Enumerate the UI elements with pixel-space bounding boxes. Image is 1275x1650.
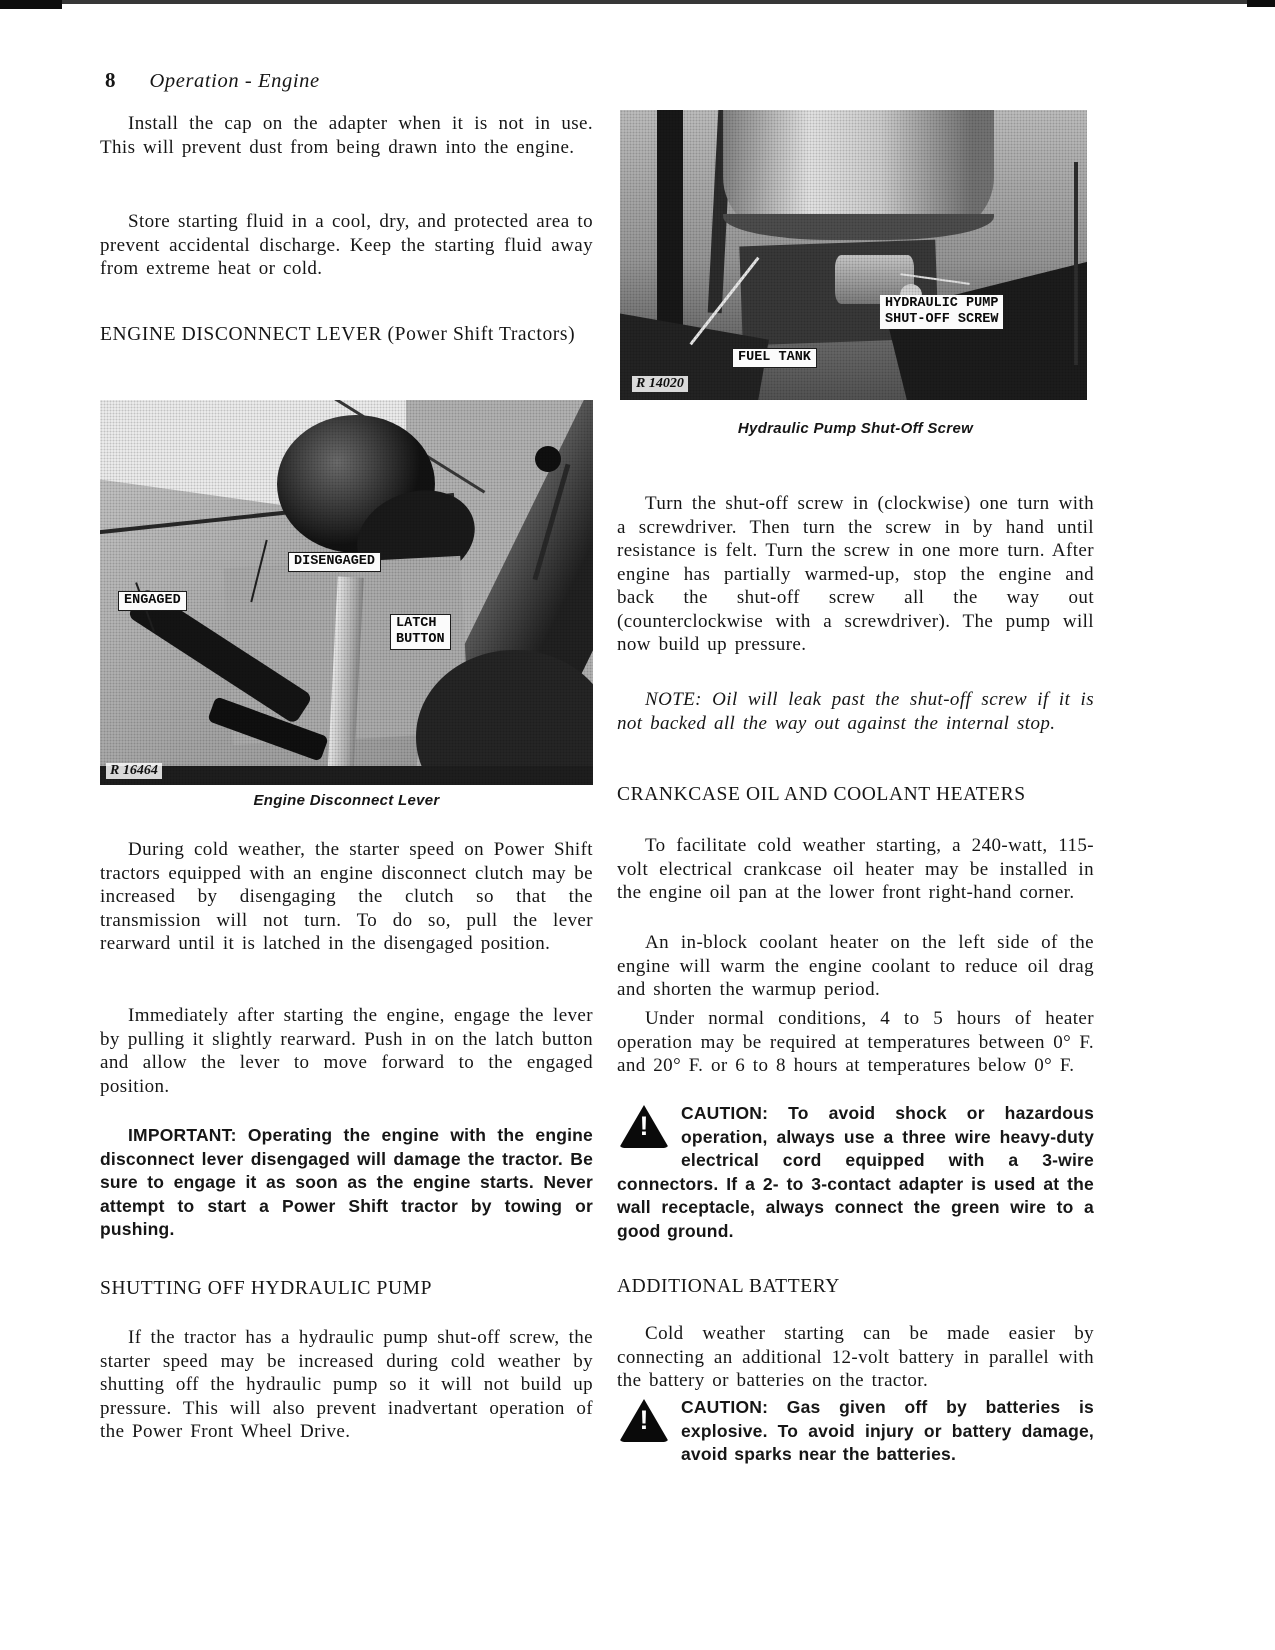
heading-crankcase-oil-and-coolant-heaters: CRANKCASE OIL AND COOLANT HEATERS [617, 782, 1094, 807]
photo-id: R 14020 [632, 376, 688, 392]
paragraph-immediately-after: Immediately after starting the engine, e… [100, 1004, 593, 1098]
paragraph-important-notice: IMPORTANT: Operating the engine with the… [100, 1124, 593, 1242]
paragraph-cold-weather-starting: Cold weather starting can be made easier… [617, 1322, 1094, 1393]
manual-page: 8Operation - Engine Install the cap on t… [0, 0, 1275, 1650]
photo-label-fuel-tank: FUEL TANK [732, 348, 817, 368]
heading-additional-battery: ADDITIONAL BATTERY [617, 1274, 1094, 1299]
photo-label-latch-line2: BUTTON [396, 632, 445, 648]
heading-shutting-off-hydraulic-pump: SHUTTING OFF HYDRAULIC PUMP [100, 1276, 593, 1301]
caution-text-gas: CAUTION: Gas given off by batteries is e… [617, 1396, 1094, 1467]
photo-label-pump-line1: HYDRAULIC PUMP [885, 296, 998, 312]
caution-text-shock: CAUTION: To avoid shock or hazardous ope… [617, 1102, 1094, 1243]
paragraph-under-normal-conditions: Under normal conditions, 4 to 5 hours of… [617, 1007, 1094, 1078]
paragraph-store-fluid: Store starting fluid in a cool, dry, and… [100, 210, 593, 281]
heading-engine-disconnect-lever: ENGINE DISCONNECT LEVER (Power Shift Tra… [100, 322, 593, 347]
warning-triangle-icon: ! [619, 1399, 669, 1442]
caution-block-shock: ! CAUTION: To avoid shock or hazardous o… [617, 1102, 1094, 1243]
photo-label-engaged: ENGAGED [118, 591, 187, 611]
exclamation-glyph: ! [619, 1407, 669, 1434]
caption-hydraulic-pump-shut-off-screw: Hydraulic Pump Shut-Off Screw [617, 420, 1094, 437]
paragraph-if-tractor-has: If the tractor has a hydraulic pump shut… [100, 1326, 593, 1444]
scan-corner-artifact-right [1247, 0, 1275, 7]
photo-hydraulic-pump-shut-off-screw: HYDRAULIC PUMPSHUT-OFF SCREW FUEL TANK R… [620, 110, 1087, 400]
photo-hand-lever-knob-shape [535, 446, 561, 472]
scan-corner-artifact-left [0, 0, 62, 9]
caution-block-gas: ! CAUTION: Gas given off by batteries is… [617, 1396, 1094, 1467]
photo-id: R 16464 [106, 763, 162, 779]
photo-label-hydraulic-pump-shut-off-screw: HYDRAULIC PUMPSHUT-OFF SCREW [880, 295, 1003, 329]
right-column: HYDRAULIC PUMPSHUT-OFF SCREW FUEL TANK R… [617, 0, 1094, 1650]
photo-engine-disconnect-lever: DISENGAGED ENGAGED LATCHBUTTON R 16464 [100, 400, 593, 785]
exclamation-glyph: ! [619, 1113, 669, 1140]
paragraph-during-cold-weather: During cold weather, the starter speed o… [100, 838, 593, 956]
warning-triangle-icon: ! [619, 1105, 669, 1148]
caption-engine-disconnect-lever: Engine Disconnect Lever [100, 792, 593, 809]
photo-label-latch-line1: LATCH [396, 616, 445, 632]
photo-bottom-strip-shape [100, 766, 593, 785]
photo-label-pump-line2: SHUT-OFF SCREW [885, 312, 998, 328]
paragraph-note-oil-leak: NOTE: Oil will leak past the shut-off sc… [617, 688, 1094, 735]
paragraph-turn-shut-off-screw: Turn the shut-off screw in (clockwise) o… [617, 492, 1094, 657]
photo-label-latch-button: LATCHBUTTON [390, 614, 451, 650]
paragraph-in-block-heater: An in-block coolant heater on the left s… [617, 931, 1094, 1002]
photo-label-disengaged: DISENGAGED [288, 552, 381, 572]
paragraph-to-facilitate: To facilitate cold weather starting, a 2… [617, 834, 1094, 905]
left-column: Install the cap on the adapter when it i… [100, 0, 593, 1650]
paragraph-install-cap: Install the cap on the adapter when it i… [100, 112, 593, 159]
photo-rod-shape [1074, 162, 1078, 365]
